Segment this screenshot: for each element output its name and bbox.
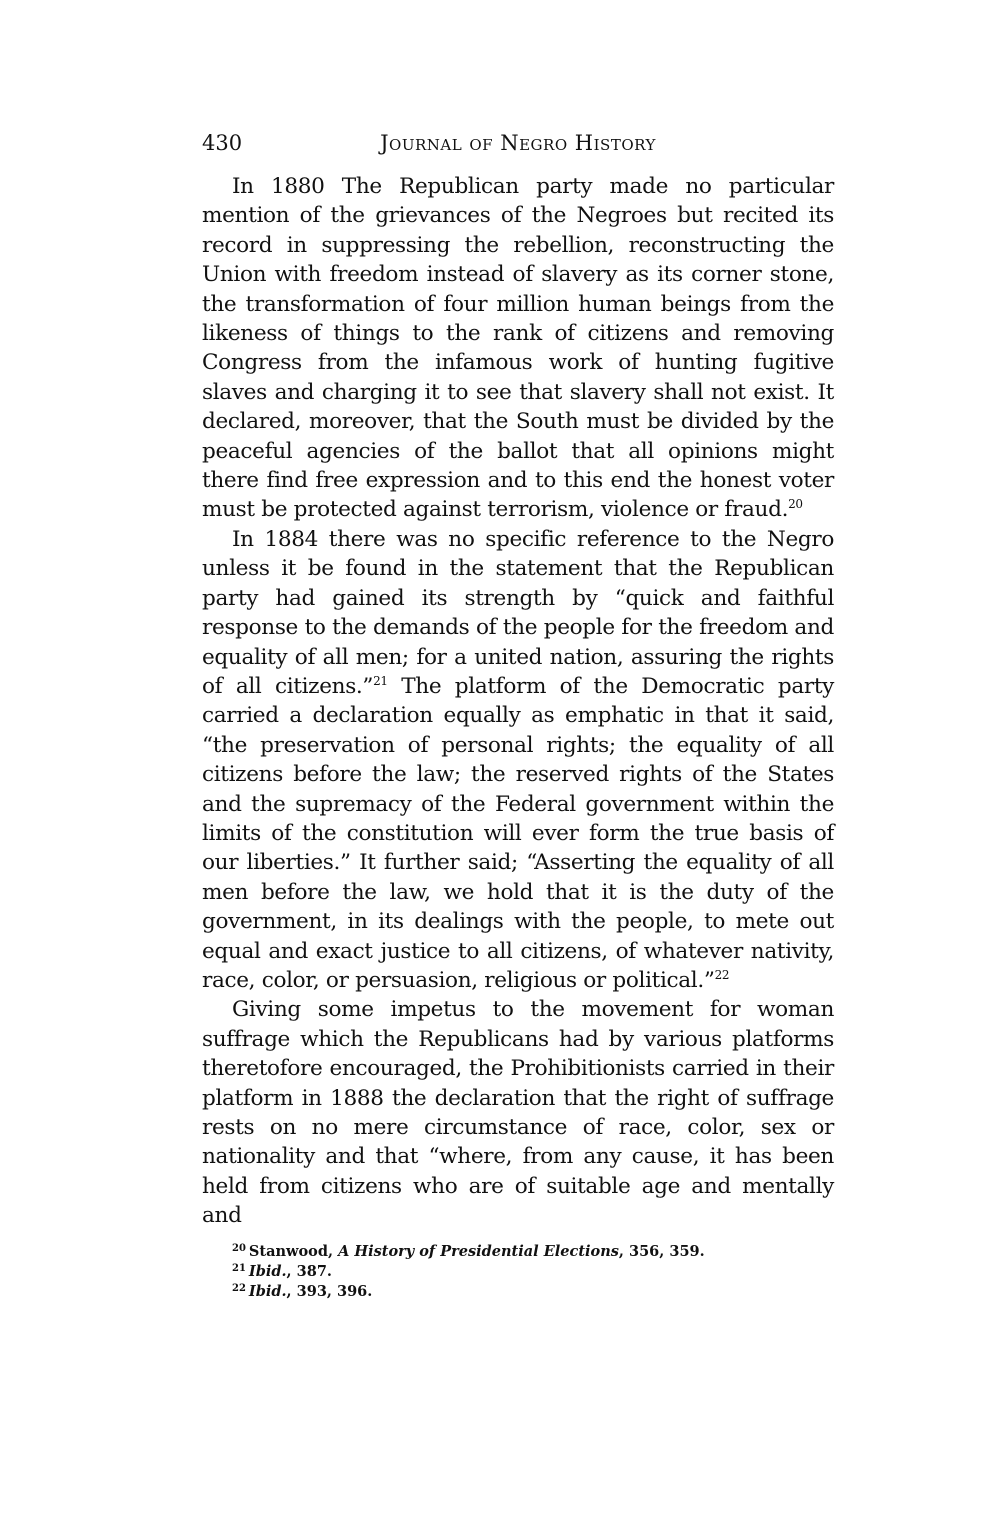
footnote-title: A History of Presidential Elections — [338, 1243, 619, 1260]
running-head: 430 Journal of Negro History — [202, 128, 834, 158]
footnote-pages: , 356, 359. — [619, 1243, 705, 1260]
footnote-21: 21Ibid., 387. — [232, 1262, 834, 1282]
paragraph-1880-republican-platform: In 1880 The Republican party made no par… — [202, 172, 834, 525]
paragraph-1884-platforms: In 1884 there was no specific reference … — [202, 525, 834, 996]
footnote-pages: , 393, 396. — [287, 1283, 373, 1300]
footnotes: 20Stanwood, A History of Presidential El… — [202, 1242, 834, 1302]
paragraph-1888-prohibitionists: Giving some impetus to the movement for … — [202, 995, 834, 1230]
footnote-ref-20[interactable]: 20 — [788, 497, 803, 511]
footnote-number: 20 — [232, 1243, 246, 1254]
footnote-number: 21 — [232, 1263, 246, 1274]
footnote-title: Ibid. — [249, 1283, 287, 1300]
footnote-author: Stanwood, — [249, 1243, 338, 1260]
journal-title: Journal of Negro History — [202, 128, 834, 158]
paragraph-text: The platform of the Democratic party car… — [202, 674, 834, 993]
footnote-number: 22 — [232, 1283, 246, 1294]
footnote-ref-22[interactable]: 22 — [715, 968, 730, 982]
paragraph-text: Giving some impetus to the movement for … — [202, 997, 834, 1228]
paragraph-text: In 1880 The Republican party made no par… — [202, 174, 834, 522]
footnote-22: 22Ibid., 393, 396. — [232, 1282, 834, 1302]
body-text: In 1880 The Republican party made no par… — [202, 172, 834, 1231]
footnote-ref-21[interactable]: 21 — [373, 674, 388, 688]
journal-page: 430 Journal of Negro History In 1880 The… — [202, 128, 834, 1302]
footnote-title: Ibid. — [249, 1263, 287, 1280]
footnote-pages: , 387. — [287, 1263, 332, 1280]
footnote-20: 20Stanwood, A History of Presidential El… — [232, 1242, 834, 1262]
